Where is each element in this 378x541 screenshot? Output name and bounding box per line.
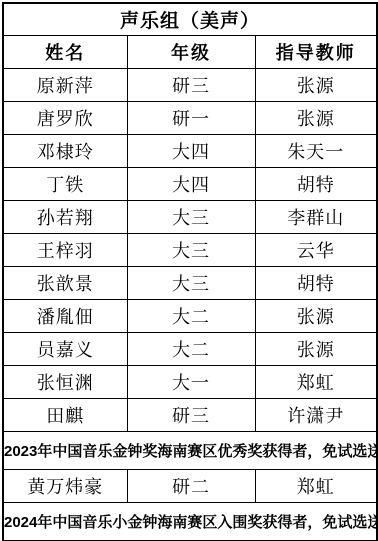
grade-cell: 大四 <box>127 135 255 168</box>
name-cell: 员嘉义 <box>3 333 127 366</box>
name-cell: 原新萍 <box>3 69 127 102</box>
header-teacher: 指导教师 <box>255 36 377 69</box>
table-row: 原新萍 研三 张源 <box>3 69 377 102</box>
table-row: 丁铁 大四 胡特 <box>3 168 377 201</box>
table-row: 潘胤佃 大二 张源 <box>3 300 377 333</box>
teacher-cell: 胡特 <box>255 168 377 201</box>
teacher-cell: 云华 <box>255 234 377 267</box>
header-name: 姓名 <box>3 36 127 69</box>
note-row-2023: 2023年中国音乐金钟奖海南赛区优秀奖获得者，免试选送 <box>3 432 377 470</box>
table-row: 黄万炜豪 研二 郑虹 <box>3 470 377 503</box>
name-cell: 张恒渊 <box>3 366 127 399</box>
table-header-row: 姓名 年级 指导教师 <box>3 36 377 69</box>
grade-cell: 研二 <box>127 470 255 503</box>
name-cell: 田麒 <box>3 399 127 432</box>
teacher-cell: 郑虹 <box>255 470 377 503</box>
name-cell: 潘胤佃 <box>3 300 127 333</box>
table-row: 田麒 研三 许潇尹 <box>3 399 377 432</box>
table-row: 张歆景 大三 胡特 <box>3 267 377 300</box>
name-cell: 丁铁 <box>3 168 127 201</box>
name-cell: 张歆景 <box>3 267 127 300</box>
grade-cell: 研一 <box>127 102 255 135</box>
header-grade: 年级 <box>127 36 255 69</box>
teacher-cell: 张源 <box>255 102 377 135</box>
name-cell: 黄万炜豪 <box>3 470 127 503</box>
teacher-cell: 朱天一 <box>255 135 377 168</box>
name-cell: 孙若翔 <box>3 201 127 234</box>
name-cell: 唐罗欣 <box>3 102 127 135</box>
teacher-cell: 李群山 <box>255 201 377 234</box>
teacher-cell: 许潇尹 <box>255 399 377 432</box>
note-2024-text: 2024年中国音乐小金钟海南赛区入围奖获得者，免试选送 <box>3 503 377 541</box>
teacher-cell: 胡特 <box>255 267 377 300</box>
vocal-group-roster-table: 声乐组（美声） 姓名 年级 指导教师 原新萍 研三 张源 唐罗欣 研一 张源 邓… <box>2 2 378 541</box>
note-2023-text: 2023年中国音乐金钟奖海南赛区优秀奖获得者，免试选送 <box>3 432 377 470</box>
grade-cell: 研三 <box>127 399 255 432</box>
table-row: 员嘉义 大二 张源 <box>3 333 377 366</box>
table-row: 张恒渊 大一 郑虹 <box>3 366 377 399</box>
grade-cell: 大三 <box>127 234 255 267</box>
note-row-2024: 2024年中国音乐小金钟海南赛区入围奖获得者，免试选送 <box>3 503 377 541</box>
grade-cell: 大一 <box>127 366 255 399</box>
table-title: 声乐组（美声） <box>3 3 377 36</box>
teacher-cell: 郑虹 <box>255 366 377 399</box>
vocal-group-table-container: 声乐组（美声） 姓名 年级 指导教师 原新萍 研三 张源 唐罗欣 研一 张源 邓… <box>0 0 378 541</box>
name-cell: 王梓羽 <box>3 234 127 267</box>
grade-cell: 大三 <box>127 201 255 234</box>
name-cell: 邓棣玲 <box>3 135 127 168</box>
teacher-cell: 张源 <box>255 69 377 102</box>
grade-cell: 大三 <box>127 267 255 300</box>
table-row: 孙若翔 大三 李群山 <box>3 201 377 234</box>
teacher-cell: 张源 <box>255 333 377 366</box>
table-row: 邓棣玲 大四 朱天一 <box>3 135 377 168</box>
grade-cell: 大二 <box>127 300 255 333</box>
table-row: 唐罗欣 研一 张源 <box>3 102 377 135</box>
grade-cell: 研三 <box>127 69 255 102</box>
grade-cell: 大四 <box>127 168 255 201</box>
table-title-row: 声乐组（美声） <box>3 3 377 36</box>
grade-cell: 大二 <box>127 333 255 366</box>
table-row: 王梓羽 大三 云华 <box>3 234 377 267</box>
teacher-cell: 张源 <box>255 300 377 333</box>
